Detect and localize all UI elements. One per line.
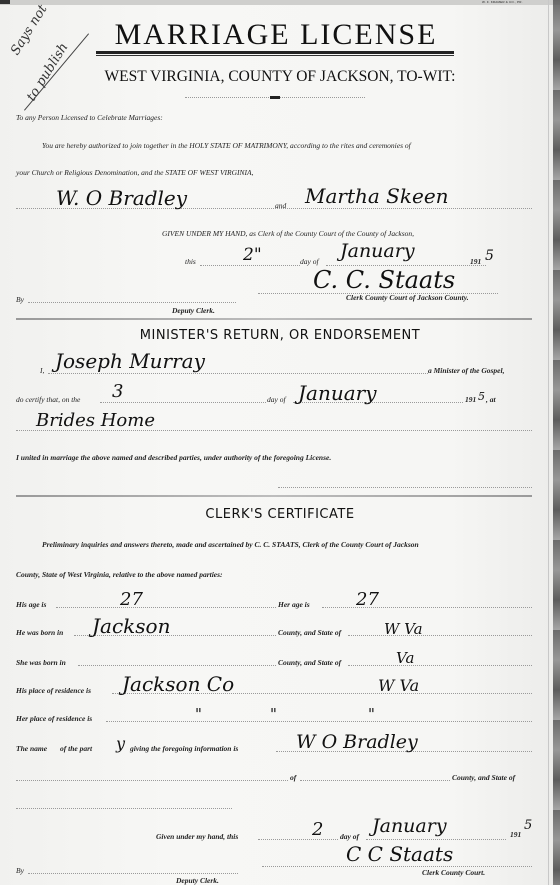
his-residence-county: Jackson Co — [122, 672, 234, 696]
minister-day-value: 3 — [112, 381, 123, 402]
informant-state-line — [16, 808, 232, 809]
he-state-line — [348, 635, 532, 636]
printer-mark: W. F. KRAMER & CO., PR. — [482, 0, 523, 4]
deputy-clerk-label: Deputy Clerk. — [172, 306, 215, 315]
license-year-suffix: 5 — [485, 248, 494, 264]
ministers-return-heading: MINISTER'S RETURN, OR ENDORSEMENT — [0, 328, 560, 343]
minister-signature-line — [278, 487, 532, 488]
groom-name: W. O Bradley — [56, 186, 187, 210]
his-residence-state: W Va — [378, 676, 419, 695]
top-edge — [0, 0, 560, 5]
her-age-label: Her age is — [278, 600, 310, 609]
minister-name: Joseph Murray — [55, 349, 205, 373]
her-residence-line — [106, 721, 532, 722]
of-label: of — [290, 773, 296, 782]
license-year-prefix: 191 — [470, 257, 481, 266]
he-state-label: County, and State of — [278, 628, 341, 637]
certificate-intro-line-1: Preliminary inquiries and answers theret… — [42, 540, 419, 549]
her-residence-ditto-1: " — [195, 705, 202, 723]
marriage-place: Brides Home — [36, 410, 155, 431]
minister-statement: I united in marriage the above named and… — [16, 453, 331, 462]
she-born-label: She was born in — [16, 658, 66, 667]
minister-year-prefix: 191 — [465, 395, 476, 404]
cert-year-prefix: 191 — [510, 830, 521, 839]
minister-title: a Minister of the Gospel, — [428, 366, 504, 375]
clerks-certificate-heading: CLERK'S CERTIFICATE — [0, 507, 560, 522]
day-line — [200, 265, 300, 266]
by-label: By — [16, 295, 24, 304]
bride-name: Martha Skeen — [305, 184, 449, 208]
informant-label-b: of the part — [60, 744, 92, 753]
cert-given-label: Given under my hand, this — [156, 832, 238, 841]
he-born-label: He was born in — [16, 628, 63, 637]
her-residence-ditto-3: " — [368, 705, 375, 723]
his-age-label: His age is — [16, 600, 46, 609]
and-label: and — [275, 201, 286, 210]
license-day-value: 2" — [243, 245, 262, 265]
license-body-line-2: your Church or Religious Denomination, a… — [16, 168, 253, 177]
cert-deputy-line — [28, 873, 238, 874]
cert-clerk-line — [262, 866, 532, 867]
informant-value: W O Bradley — [296, 731, 418, 753]
this-label: this — [185, 257, 196, 266]
cert-clerk-signature: C C Staats — [346, 842, 453, 866]
informant-of-line-left — [16, 780, 288, 781]
document-subtitle: WEST VIRGINIA, COUNTY OF JACKSON, TO-WIT… — [60, 68, 500, 86]
informant-of-line-right — [300, 780, 450, 781]
annotation-line-1: Says not — [8, 2, 51, 58]
minister-year-suffix: 5 — [478, 390, 485, 403]
her-residence-label: Her place of residence is — [16, 714, 92, 723]
cert-month-line — [366, 839, 506, 840]
minister-day-line — [100, 402, 266, 403]
he-born-value: Jackson — [92, 614, 170, 638]
ornament-dash — [270, 96, 280, 99]
clerk-title: Clerk County Court of Jackson County. — [346, 293, 469, 302]
she-born-line — [78, 665, 276, 666]
informant-county-state-label: County, and State of — [452, 773, 515, 782]
his-age-value: 27 — [120, 589, 143, 610]
document-page: W. F. KRAMER & CO., PR. Says not to publ… — [0, 0, 560, 885]
informant-label-a: The name — [16, 744, 47, 753]
certify-label: do certify that, on the — [16, 395, 80, 404]
minister-name-line — [48, 373, 428, 374]
title-underline — [96, 51, 454, 54]
her-age-line — [322, 607, 532, 608]
minister-month-value: January — [298, 381, 377, 405]
salutation: To any Person Licensed to Celebrate Marr… — [16, 113, 163, 122]
binding-edge — [553, 0, 560, 885]
section-divider-1 — [16, 318, 532, 320]
she-state-line — [348, 665, 532, 666]
cert-month-value: January — [372, 815, 447, 837]
she-state-label: County, and State of — [278, 658, 341, 667]
her-residence-ditto-2: " — [270, 705, 277, 723]
top-edge-mark — [0, 0, 10, 4]
her-age-value: 27 — [356, 589, 379, 610]
cert-clerk-title: Clerk County Court. — [422, 868, 485, 877]
informant-label-c: giving the foregoing information is — [130, 744, 238, 753]
title-underline-thin — [96, 55, 454, 56]
cert-year-suffix: 5 — [524, 818, 532, 833]
cert-by-label: By — [16, 866, 24, 875]
license-month-value: January — [340, 240, 415, 262]
page-edge-line — [548, 0, 549, 885]
minister-day-of-label: day of — [267, 395, 286, 404]
at-label: , at — [486, 395, 496, 404]
clerk-signature: C. C. Staats — [313, 266, 455, 294]
cert-day-line — [258, 839, 338, 840]
he-state-value: W Va — [384, 620, 423, 638]
cert-deputy-label: Deputy Clerk. — [176, 876, 219, 885]
cert-day-value: 2 — [312, 819, 323, 840]
informant-part-value: y — [116, 734, 125, 753]
certificate-intro-line-2: County, State of West Virginia, relative… — [16, 570, 223, 579]
document-title: MARRIAGE LICENSE — [96, 18, 456, 52]
she-state-value: Va — [396, 649, 414, 667]
section-divider-2 — [16, 495, 532, 497]
license-body-line-1: You are hereby authorized to join togeth… — [42, 141, 411, 150]
given-under-hand-text: GIVEN UNDER MY HAND, as Clerk of the Cou… — [162, 229, 414, 238]
day-of-label: day of — [300, 257, 319, 266]
his-age-line — [56, 607, 276, 608]
his-residence-label: His place of residence is — [16, 686, 91, 695]
cert-day-of-label: day of — [340, 832, 359, 841]
i-label: I, — [40, 366, 44, 375]
deputy-line — [28, 302, 236, 303]
